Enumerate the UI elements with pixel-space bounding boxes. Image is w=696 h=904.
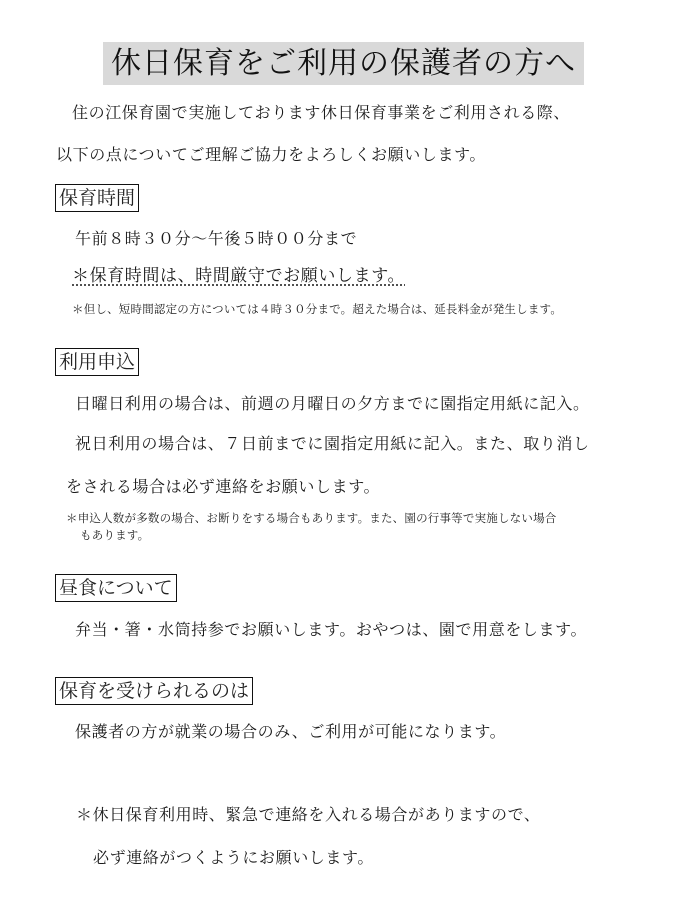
footer-note-line-1: ＊休日保育利用時、緊急で連絡を入れる場合がありますので、 <box>76 805 540 825</box>
footer-note-line-2: 必ず連絡がつくようにお願いします。 <box>93 848 374 868</box>
section-header-lunch: 昼食について <box>55 574 177 602</box>
eligibility-text: 保護者の方が就業の場合のみ、ご利用が可能になります。 <box>75 722 506 742</box>
intro-line-2: 以下の点についてご理解ご協力をよろしくお願いします。 <box>56 145 486 165</box>
childcare-hours-emphasis: ＊保育時間は、時間厳守でお願いします。 <box>72 266 405 286</box>
lunch-text: 弁当・箸・水筒持参でお願いします。おやつは、園で用意をします。 <box>75 620 587 640</box>
childcare-hours-note: ＊但し、短時間認定の方については４時３０分まで。超えた場合は、延長料金が発生しま… <box>72 302 562 317</box>
section-header-application: 利用申込 <box>55 348 139 376</box>
childcare-hours-text: 午前８時３０分～午後５時００分まで <box>75 229 357 249</box>
application-line-1: 日曜日利用の場合は、前週の月曜日の夕方までに園指定用紙に記入。 <box>75 394 590 414</box>
section-header-childcare-hours: 保育時間 <box>55 184 139 212</box>
application-note-line-2: もあります。 <box>80 528 149 543</box>
application-line-2: 祝日利用の場合は、７日前までに園指定用紙に記入。また、取り消し <box>75 434 590 454</box>
application-note-line-1: ＊申込人数が多数の場合、お断りをする場合もあります。また、園の行事等で実施しない… <box>66 511 556 526</box>
section-header-eligibility: 保育を受けられるのは <box>55 677 253 705</box>
application-line-3: をされる場合は必ず連絡をお願いします。 <box>66 477 380 497</box>
document-title: 休日保育をご利用の保護者の方へ <box>103 42 584 85</box>
intro-line-1: 住の江保育園で実施しております休日保育事業をご利用される際、 <box>72 103 570 123</box>
